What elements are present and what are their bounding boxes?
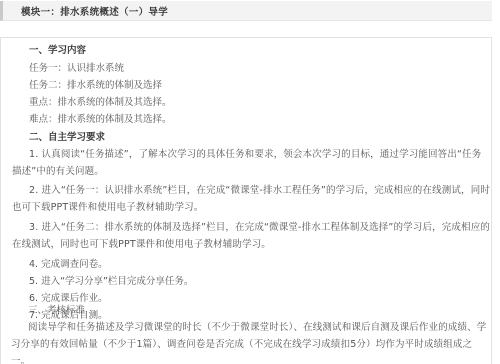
module-header-bar: 模块一：排水系统概述（一）导学 (0, 1, 492, 21)
requirement-item: 5. 进入“学习分享”栏目完成分享任务。 (29, 276, 193, 288)
content-item: 任务一：认识排水系统 (29, 63, 124, 75)
section-heading-content: 一、学习内容 (29, 45, 86, 57)
section-heading-assessment: 三、考核标准 (28, 305, 85, 317)
requirement-item: 6. 完成课后作业。 (29, 293, 108, 305)
content-item: 任务二：排水系统的体制及选择 (29, 80, 162, 92)
requirement-item: 2. 进入“任务一：认识排水系统”栏目，在完成“微课堂-排水工程任务”的学习后，… (12, 182, 490, 216)
content-item: 重点：排水系统的体制及其选择。 (29, 97, 172, 109)
requirement-item: 4. 完成调查问卷。 (29, 259, 108, 271)
assessment-text: 阅读导学和任务描述及学习微课堂的时长（不少于微课堂时长）、在线测试和课后自测及课… (11, 319, 489, 364)
page-title: 模块一：排水系统概述（一）导学 (21, 4, 168, 18)
content-item: 难点：排水系统的体制及其选择。 (29, 114, 172, 126)
requirement-item: 3. 进入“任务二：排水系统的体制及选择”栏目，在完成“微课堂-排水工程体制及选… (12, 219, 490, 253)
section-heading-requirements: 二、自主学习要求 (29, 132, 105, 144)
requirement-item: 1. 认真阅读“任务描述”，了解本次学习的具体任务和要求，领会本次学习的目标，通… (12, 146, 490, 180)
